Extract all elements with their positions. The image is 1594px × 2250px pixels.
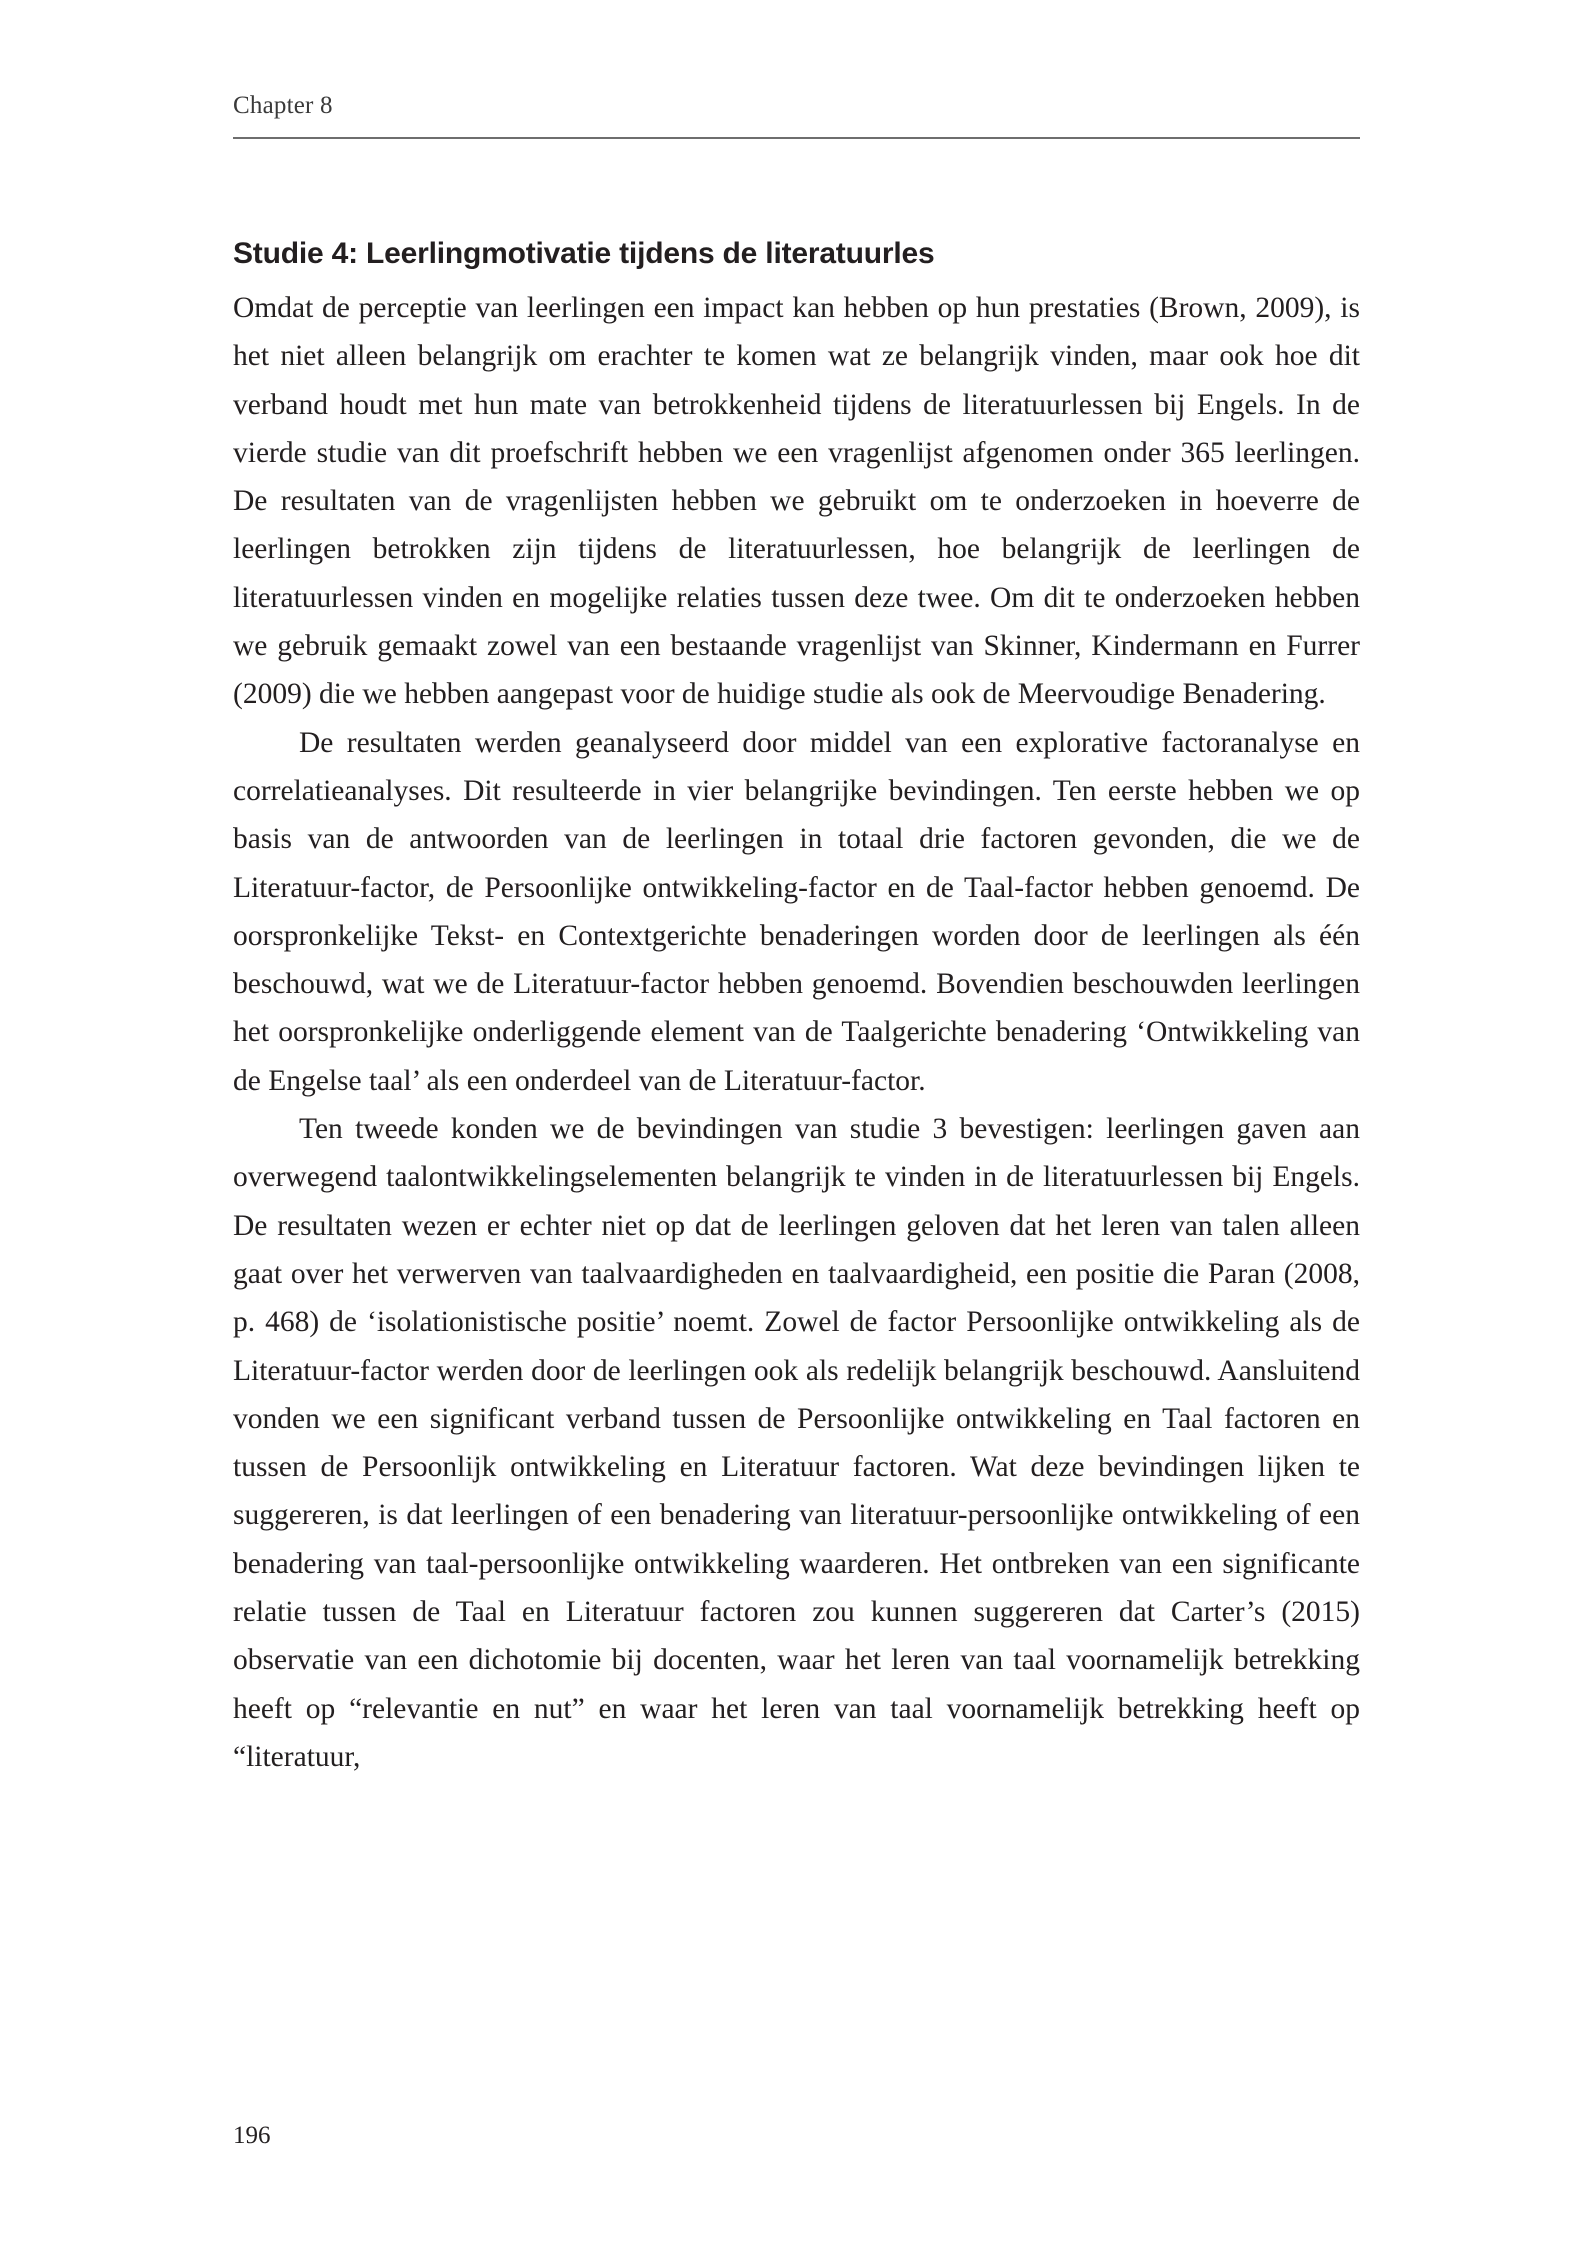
- page-number: 196: [233, 2122, 271, 2150]
- paragraph-3: Ten tweede konden we de bevindingen van …: [233, 1105, 1360, 1781]
- body-text: Omdat de perceptie van leerlingen een im…: [233, 284, 1360, 1781]
- header-divider: [233, 137, 1360, 139]
- running-header-chapter: Chapter 8: [233, 92, 333, 120]
- section-heading: Studie 4: Leerlingmotivatie tijdens de l…: [233, 234, 1360, 274]
- paragraph-1: Omdat de perceptie van leerlingen een im…: [233, 284, 1360, 719]
- paragraph-2: De resultaten werden geanalyseerd door m…: [233, 719, 1360, 1105]
